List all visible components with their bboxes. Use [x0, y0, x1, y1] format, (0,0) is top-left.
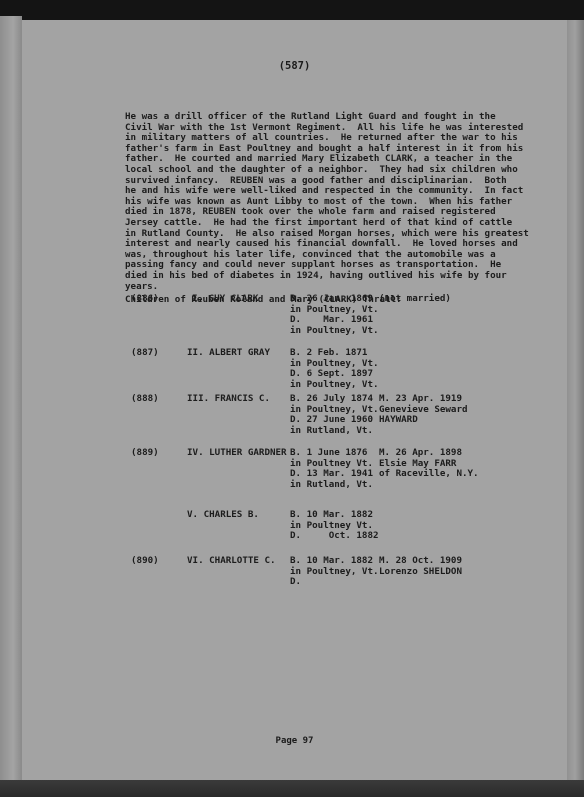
page-header-number: (587): [22, 60, 567, 72]
child-name: I. GUY CLARK: [192, 294, 258, 305]
child-vitals: B. 1 June 1876in Poultney Vt.D. 13 Mar. …: [290, 448, 373, 490]
child-marriage: M. 28 Oct. 1909Lorenzo SHELDON: [379, 556, 462, 577]
binding-edge-left: [0, 16, 22, 784]
child-vitals: B. 26 July 1874in Poultney, Vt.D. 27 Jun…: [290, 394, 379, 436]
child-name: IV. LUTHER GARDNER: [187, 448, 287, 459]
child-vitals: B. 10 Mar. 1882in Poultney Vt.D. Oct. 18…: [290, 510, 379, 542]
child-reference-number: (888): [131, 394, 159, 405]
child-vitals: B. 2 Feb. 1871in Poultney, Vt.D. 6 Sept.…: [290, 348, 379, 390]
child-marriage: M. 23 Apr. 1919Genevieve SewardHAYWARD: [379, 394, 468, 426]
child-name: VI. CHARLOTTE C.: [187, 556, 276, 567]
child-reference-number: (887): [131, 348, 159, 359]
page-footer: Page 97: [22, 736, 567, 746]
child-vitals: B. 10 Mar. 1882in Poultney, Vt.D.: [290, 556, 379, 588]
child-name: III. FRANCIS C.: [187, 394, 270, 405]
child-reference-number: (886): [131, 294, 159, 305]
child-vitals: B. 26 Jan. 1869in Poultney, Vt.D. Mar. 1…: [290, 294, 379, 336]
child-reference-number: (889): [131, 448, 159, 459]
narrative-paragraph: He was a drill officer of the Rutland Li…: [125, 112, 545, 292]
child-marriage: M. 26 Apr. 1898Elsie May FARRof Racevill…: [379, 448, 479, 480]
scan-bottom-border: [0, 780, 584, 797]
document-page: (587) He was a drill officer of the Rutl…: [22, 20, 567, 780]
page-edge-right: [566, 20, 584, 782]
child-name: II. ALBERT GRAY: [187, 348, 270, 359]
child-reference-number: (890): [131, 556, 159, 567]
child-name: V. CHARLES B.: [187, 510, 259, 521]
child-marriage: (not married): [379, 294, 451, 305]
scan-top-border: [0, 0, 584, 20]
